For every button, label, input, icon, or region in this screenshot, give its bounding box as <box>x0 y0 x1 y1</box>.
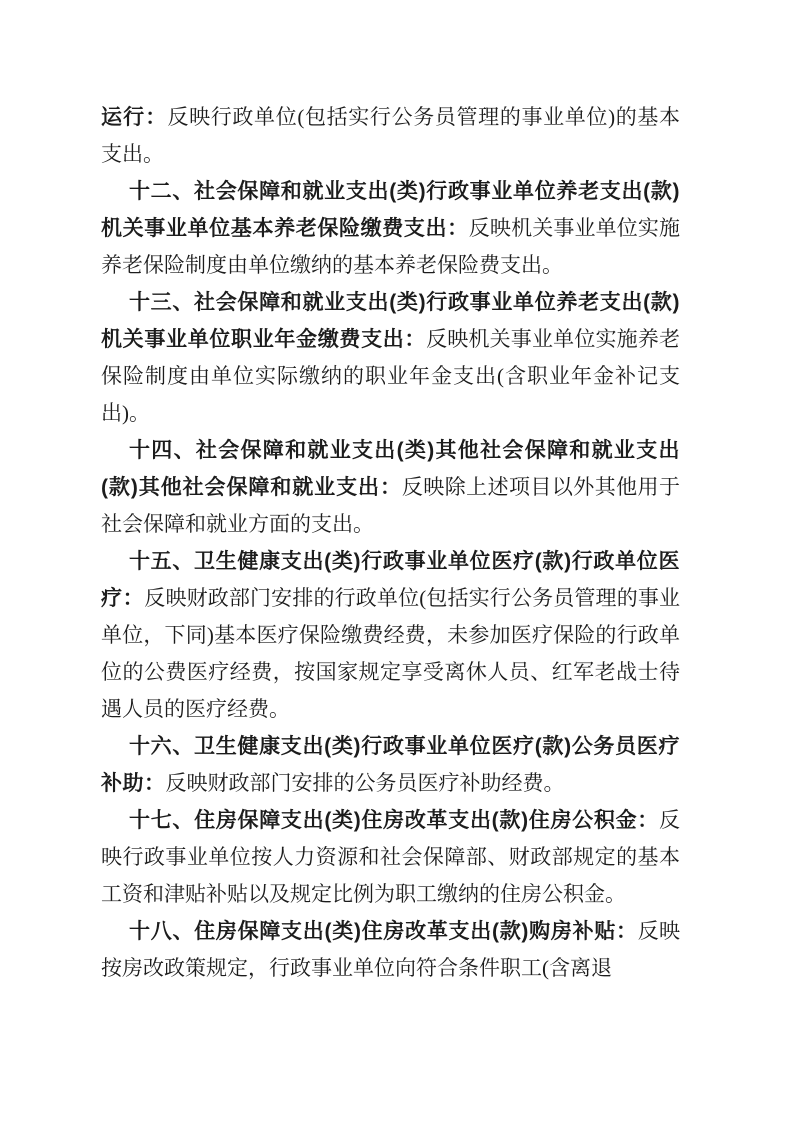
paragraph-clause-14-other-social-security: 十四、社会保障和就业支出(类)其他社会保障和就业支出(款)其他社会保障和就业支出… <box>101 432 680 543</box>
clause-body-text: 反映行政单位(包括实行公务员管理的事业单位)的基本支出。 <box>101 105 680 166</box>
paragraph-clause-15-admin-unit-medical: 十五、卫生健康支出(类)行政事业单位医疗(款)行政单位医疗：反映财政部门安排的行… <box>101 543 680 728</box>
paragraph-unit-running-cost-continuation: 运行：反映行政单位(包括实行公务员管理的事业单位)的基本支出。 <box>101 99 680 173</box>
paragraph-clause-13-annuity-contribution: 十三、社会保障和就业支出(类)行政事业单位养老支出(款)机关事业单位职业年金缴费… <box>101 284 680 432</box>
clause-body-text: 反映财政部门安排的行政单位(包括实行公务员管理的事业单位，下同)基本医疗保险缴费… <box>101 586 680 721</box>
paragraph-clause-16-civil-servant-medical-subsidy: 十六、卫生健康支出(类)行政事业单位医疗(款)公务员医疗补助：反映财政部门安排的… <box>101 728 680 802</box>
paragraph-clause-18-house-purchase-subsidy: 十八、住房保障支出(类)住房改革支出(款)购房补贴：反映按房改政策规定，行政事业… <box>101 913 680 987</box>
clause-lead-text: 运行： <box>101 106 167 129</box>
paragraph-clause-12-pension-contribution: 十二、社会保障和就业支出(类)行政事业单位养老支出(款)机关事业单位基本养老保险… <box>101 173 680 284</box>
document-page: 运行：反映行政单位(包括实行公务员管理的事业单位)的基本支出。 十二、社会保障和… <box>0 0 793 1122</box>
document-text-block: 运行：反映行政单位(包括实行公务员管理的事业单位)的基本支出。 十二、社会保障和… <box>101 99 680 987</box>
paragraph-clause-17-housing-provident-fund: 十七、住房保障支出(类)住房改革支出(款)住房公积金：反映行政事业单位按人力资源… <box>101 802 680 913</box>
clause-lead-text: 十七、住房保障支出(类)住房改革支出(款)住房公积金： <box>129 809 659 832</box>
clause-lead-text: 十八、住房保障支出(类)住房改革支出(款)购房补贴： <box>129 920 638 943</box>
clause-body-text: 反映财政部门安排的公务员医疗补助经费。 <box>166 771 565 795</box>
